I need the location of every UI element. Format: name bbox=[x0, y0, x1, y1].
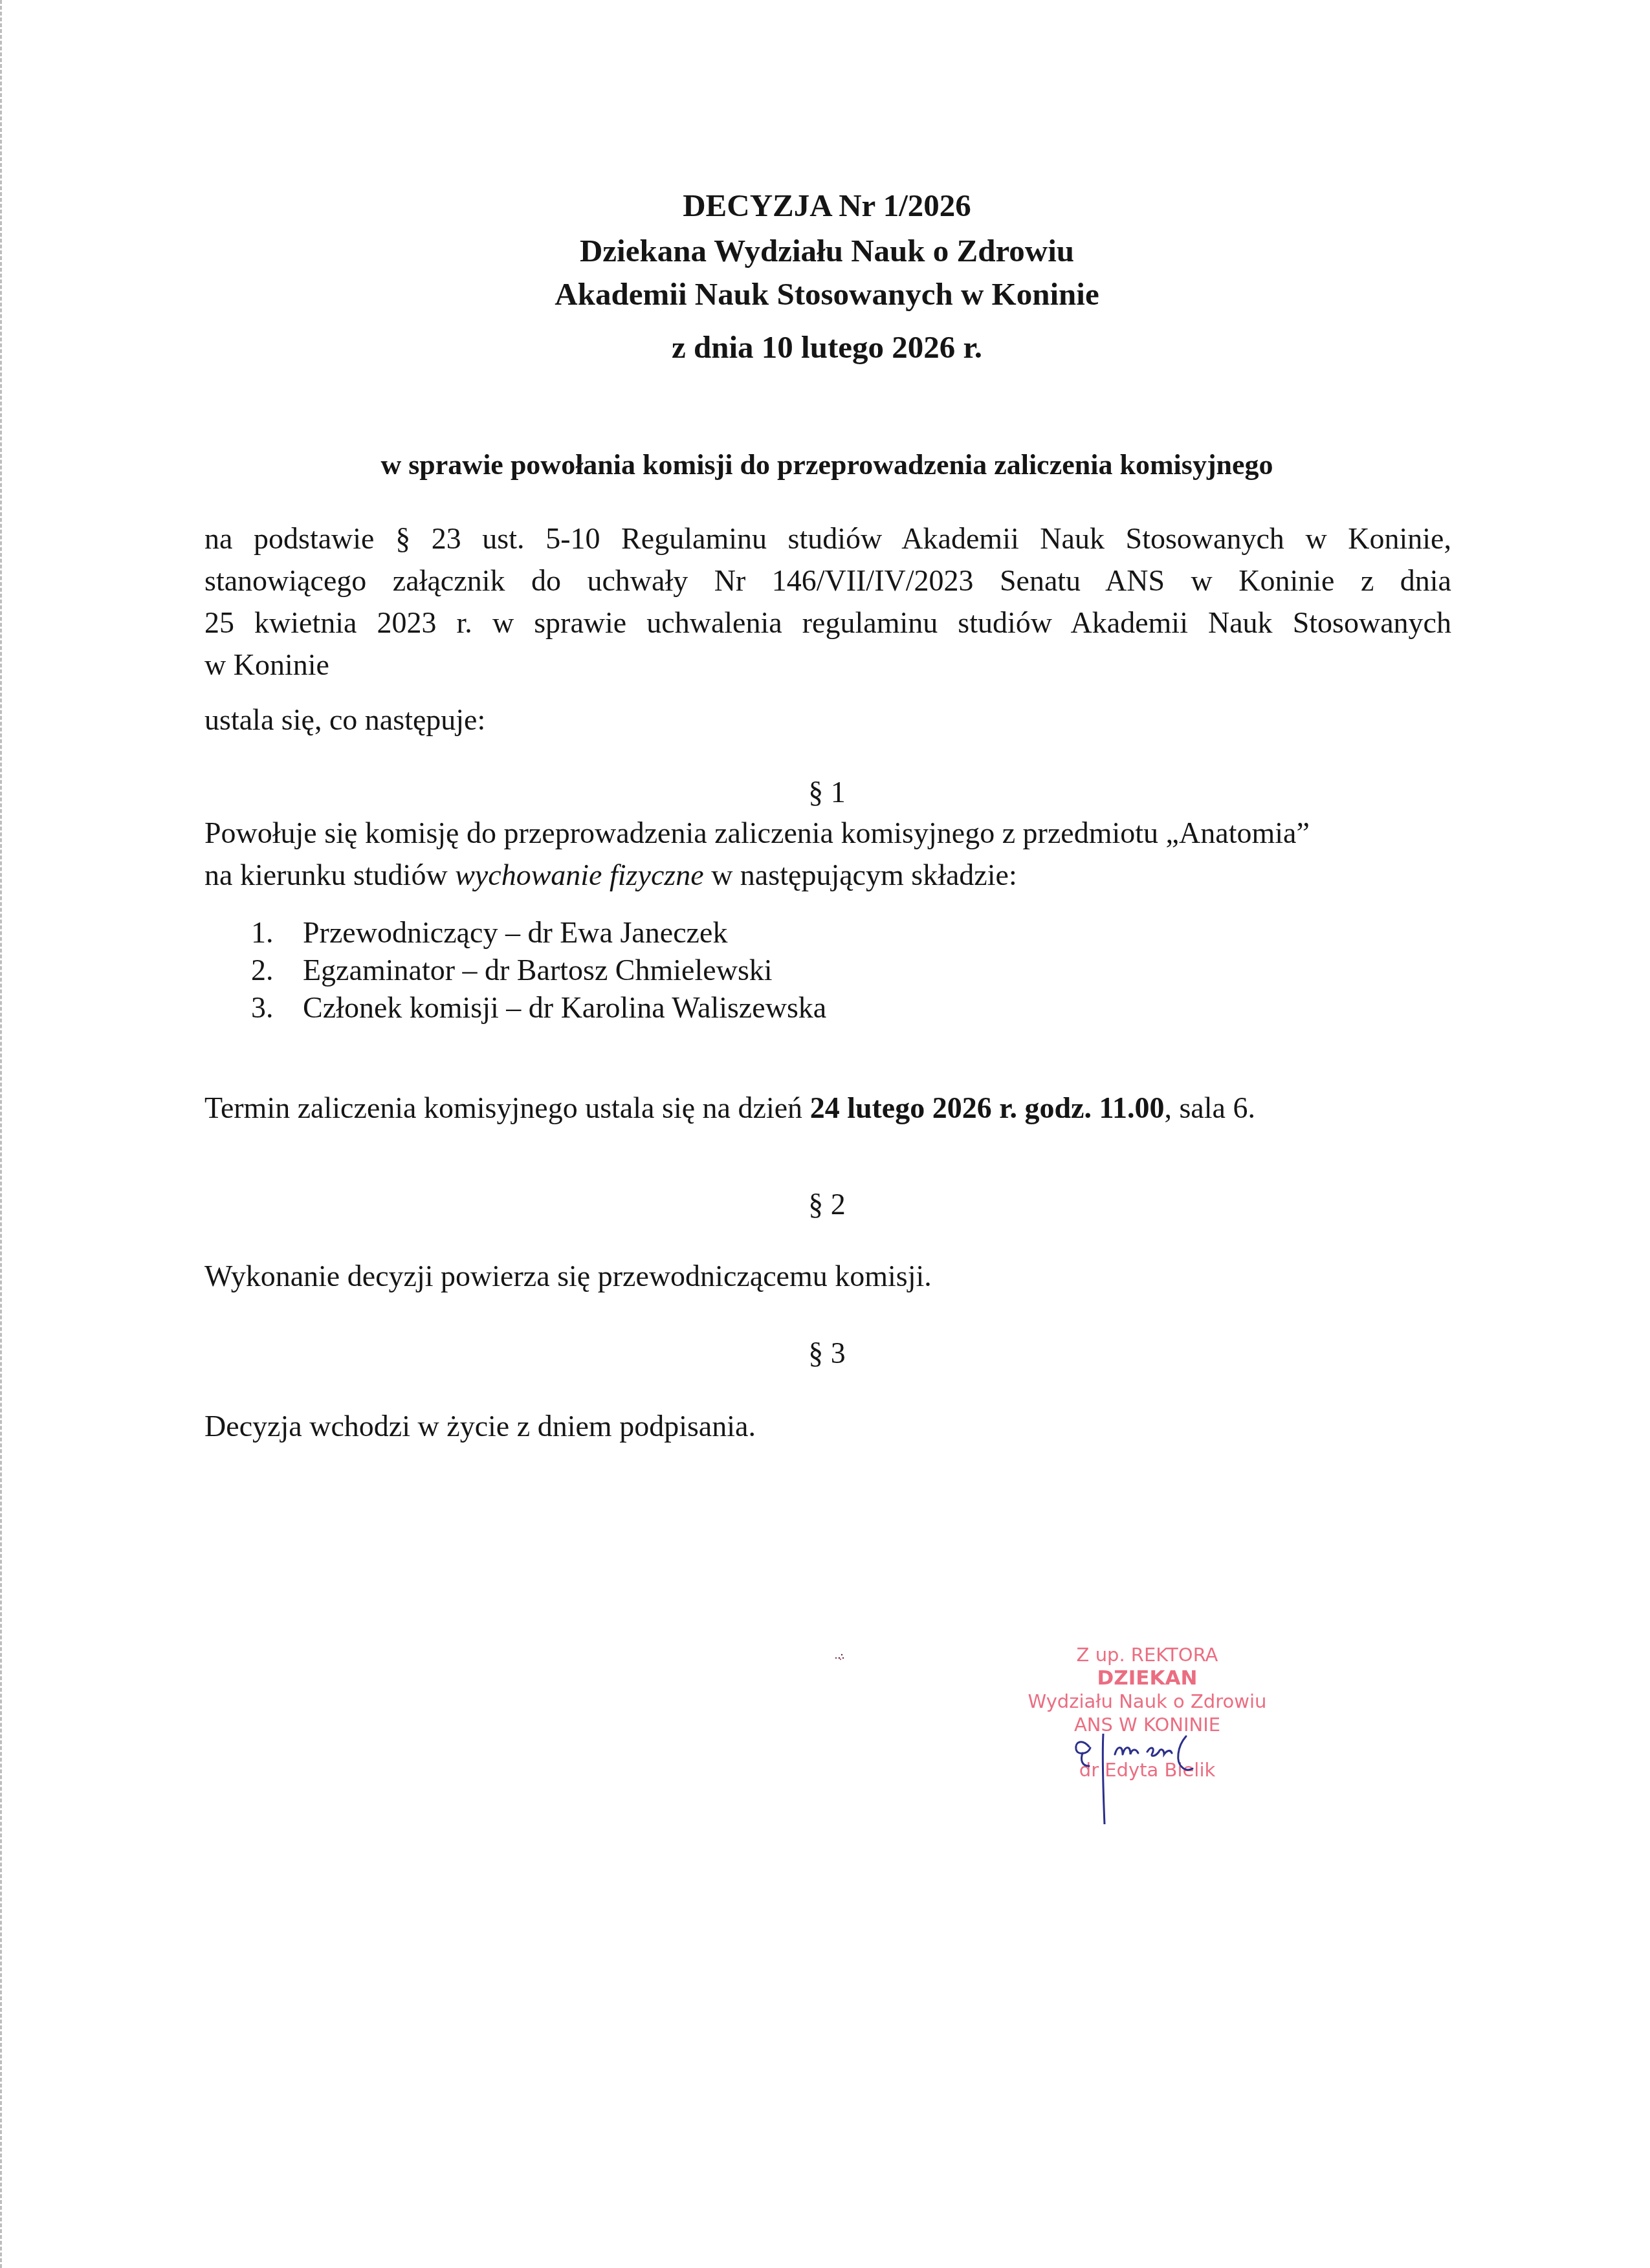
list-item: 3.Członek komisji – dr Karolina Waliszew… bbox=[251, 989, 826, 1027]
scan-speck bbox=[833, 1653, 846, 1664]
term-datetime: 24 lutego 2026 r. godz. 11.00 bbox=[810, 1091, 1165, 1124]
section-3-text: Decyzja wchodzi w życie z dniem podpisan… bbox=[204, 1405, 1451, 1447]
stamp-line-3: Wydziału Nauk o Zdrowiu bbox=[998, 1690, 1296, 1713]
exam-term: Termin zaliczenia komisyjnego ustala się… bbox=[204, 1087, 1451, 1129]
list-number: 3. bbox=[251, 989, 303, 1027]
decision-date: z dnia 10 lutego 2026 r. bbox=[2, 325, 1650, 370]
member-text: Członek komisji – dr Karolina Waliszewsk… bbox=[303, 989, 826, 1027]
resolution-intro: ustala się, co następuje: bbox=[204, 699, 1451, 741]
section-1-line-2: na kierunku studiów wychowanie fizyczne … bbox=[204, 854, 1451, 896]
stamp-line-2: DZIEKAN bbox=[998, 1666, 1296, 1690]
list-item: 2.Egzaminator – dr Bartosz Chmielewski bbox=[251, 952, 826, 989]
section-1-line-1: Powołuje się komisję do przeprowadzenia … bbox=[204, 812, 1451, 854]
field-of-study: wychowanie fizyczne bbox=[455, 858, 704, 891]
list-number: 1. bbox=[251, 914, 303, 952]
decision-subject: w sprawie powołania komisji do przeprowa… bbox=[2, 448, 1650, 481]
decision-institution: Akademii Nauk Stosowanych w Koninie bbox=[2, 272, 1650, 317]
list-number: 2. bbox=[251, 952, 303, 989]
section-mark-1: § 1 bbox=[2, 773, 1650, 812]
stamp-line-1: Z up. REKTORA bbox=[998, 1643, 1296, 1666]
legal-basis-line: w Koninie bbox=[204, 644, 1451, 686]
section-2-text: Wykonanie decyzji powierza się przewodni… bbox=[204, 1255, 1451, 1297]
committee-members-list: 1.Przewodniczący – dr Ewa Janeczek 2.Egz… bbox=[251, 914, 826, 1027]
text-prefix: na kierunku studiów bbox=[204, 858, 455, 891]
legal-basis-line: 25 kwietnia 2023 r. w sprawie uchwalenia… bbox=[204, 602, 1451, 644]
text-suffix: w następującym składzie: bbox=[704, 858, 1017, 891]
legal-basis-line: na podstawie § 23 ust. 5-10 Regulaminu s… bbox=[204, 518, 1451, 560]
section-mark-2: § 2 bbox=[2, 1185, 1650, 1224]
member-text: Egzaminator – dr Bartosz Chmielewski bbox=[303, 952, 773, 989]
list-item: 1.Przewodniczący – dr Ewa Janeczek bbox=[251, 914, 826, 952]
stamp-line-4: ANS W KONINIE bbox=[998, 1713, 1296, 1736]
document-page: DECYZJA Nr 1/2026 Dziekana Wydziału Nauk… bbox=[2, 0, 1650, 2268]
decision-title: DECYZJA Nr 1/2026 bbox=[2, 183, 1650, 228]
section-1-text: Powołuje się komisję do przeprowadzenia … bbox=[204, 812, 1451, 896]
member-text: Przewodniczący – dr Ewa Janeczek bbox=[303, 914, 727, 952]
term-room: , sala 6. bbox=[1164, 1091, 1255, 1124]
handwritten-signature bbox=[1063, 1734, 1218, 1824]
legal-basis-line: stanowiącego załącznik do uchwały Nr 146… bbox=[204, 560, 1451, 602]
term-prefix: Termin zaliczenia komisyjnego ustala się… bbox=[204, 1091, 810, 1124]
legal-basis: na podstawie § 23 ust. 5-10 Regulaminu s… bbox=[204, 518, 1451, 686]
section-mark-3: § 3 bbox=[2, 1334, 1650, 1373]
decision-issuer: Dziekana Wydziału Nauk o Zdrowiu bbox=[2, 228, 1650, 274]
